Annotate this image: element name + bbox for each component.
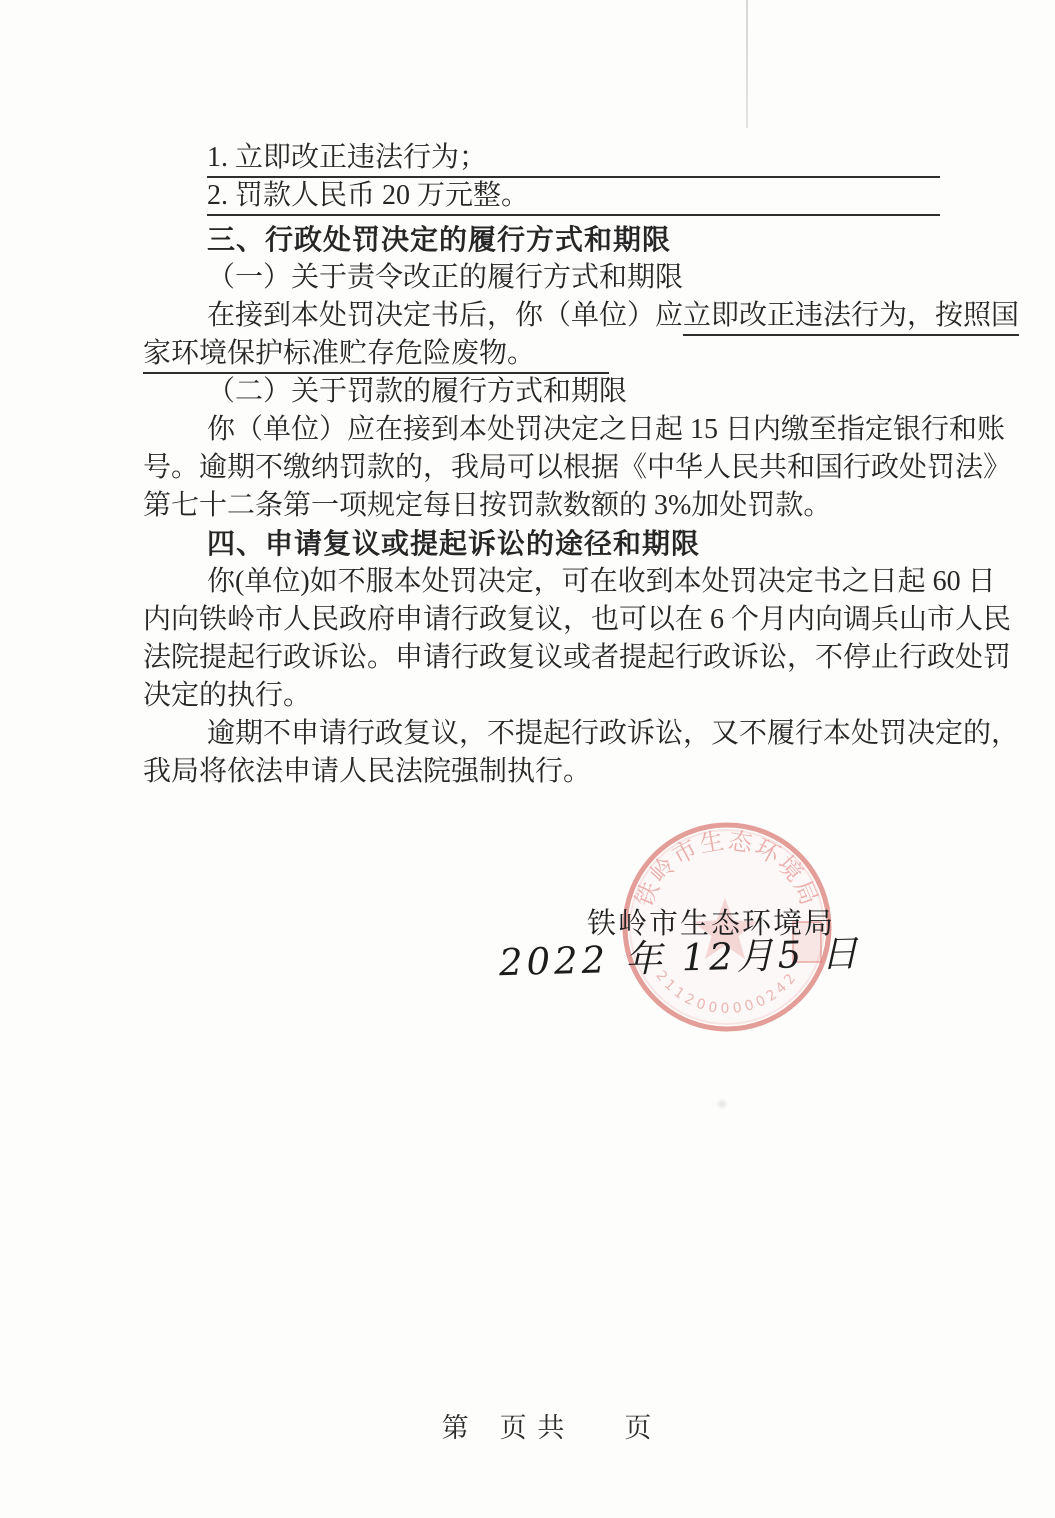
paragraph-enforcement-line-1: 逾期不申请行政复议，不提起行政诉讼，又不履行本处罚决定的， — [143, 716, 940, 754]
paragraph-correction-line-2: 家环境保护标准贮存危险废物。 — [143, 336, 940, 374]
paragraph-appeal-line-1: 你(单位)如不服本处罚决定，可在收到本处罚决定书之日起 60 日 — [143, 564, 940, 602]
section-3-sub-1: （一）关于责令改正的履行方式和期限 — [143, 260, 940, 298]
section-3-heading: 三、行政处罚决定的履行方式和期限 — [143, 222, 940, 260]
scan-smudge-artifact — [716, 1098, 728, 1110]
underlined-text: 家环境保护标准贮存危险废物。 — [143, 336, 535, 374]
paragraph-appeal-line-3: 法院提起行政诉讼。申请行政复议或者提起行政诉讼，不停止行政处罚 — [143, 640, 940, 678]
penalty-item-1-text: 1. 立即改正违法行为； — [207, 140, 940, 178]
section-3-sub-2: （二）关于罚款的履行方式和期限 — [143, 374, 940, 412]
underlined-text: 立即改正违法行为，按照国 — [683, 298, 1019, 336]
document-body: 1. 立即改正违法行为； 2. 罚款人民币 20 万元整。 三、行政处罚决定的履… — [143, 140, 940, 792]
scanned-penalty-decision-page: 1. 立即改正违法行为； 2. 罚款人民币 20 万元整。 三、行政处罚决定的履… — [0, 0, 1055, 1518]
scan-artifact-line — [746, 0, 748, 128]
svg-text:铁岭市生态环境局: 铁岭市生态环境局 — [631, 827, 823, 911]
paragraph-appeal-line-2: 内向铁岭市人民政府申请行政复议，也可以在 6 个月内向调兵山市人民 — [143, 602, 940, 640]
penalty-item-2: 2. 罚款人民币 20 万元整。 — [143, 178, 940, 216]
penalty-item-1: 1. 立即改正违法行为； — [143, 140, 940, 178]
page-footer: 第 页 共 页 — [0, 1406, 1055, 1445]
paragraph-fine-line-1: 你（单位）应在接到本处罚决定之日起 15 日内缴至指定银行和账 — [143, 412, 940, 450]
paragraph-fine-line-3: 第七十二条第一项规定每日按罚款数额的 3%加处罚款。 — [143, 488, 940, 526]
paragraph-correction-line-1: 在接到本处罚决定书后，你（单位）应立即改正违法行为，按照国 — [143, 298, 940, 336]
seal-arc-text: 铁岭市生态环境局 — [631, 827, 823, 911]
penalty-item-2-text: 2. 罚款人民币 20 万元整。 — [207, 178, 940, 216]
underline-extension — [535, 336, 609, 374]
paragraph-fine-line-2: 号。逾期不缴纳罚款的，我局可以根据《中华人民共和国行政处罚法》 — [143, 450, 940, 488]
section-4-heading: 四、申请复议或提起诉讼的途径和期限 — [143, 526, 940, 564]
paragraph-appeal-line-4: 决定的执行。 — [143, 678, 940, 716]
paragraph-enforcement-line-2: 我局将依法申请人民法院强制执行。 — [143, 754, 940, 792]
